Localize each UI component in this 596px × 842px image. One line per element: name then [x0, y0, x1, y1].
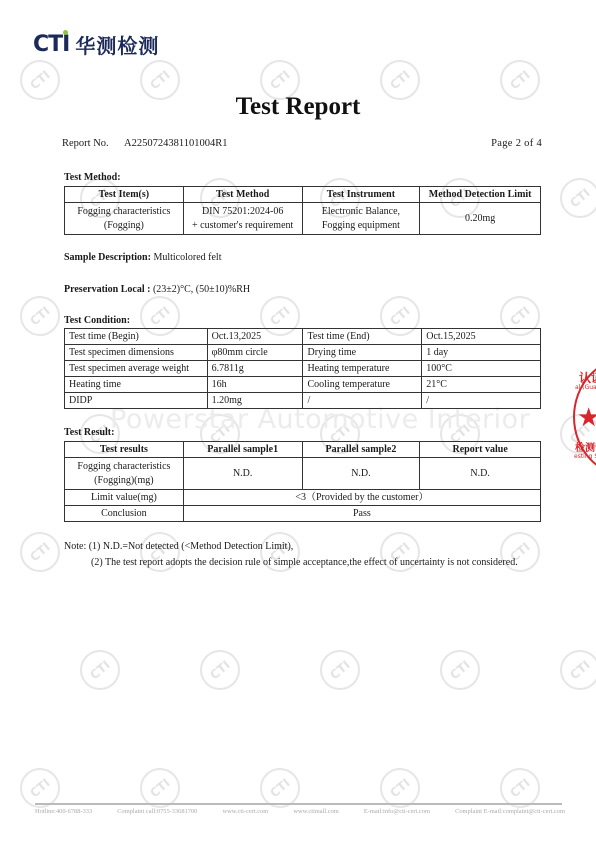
limit-value-cell: <3（Provided by the customer）	[183, 490, 540, 506]
condition-label-cell: DIDP	[65, 393, 208, 409]
table-row: Test specimen average weight6.7811gHeati…	[65, 361, 541, 377]
watermark-logo-icon: CTI	[12, 524, 68, 580]
column-header: Test Instrument	[302, 187, 420, 203]
test-method-table: Test Item(s) Test Method Test Instrument…	[64, 186, 541, 235]
condition-label-cell: Test time (Begin)	[65, 329, 208, 345]
notes: Note: (1) N.D.=Not detected (<Method Det…	[64, 539, 518, 571]
condition-value-cell: 6.7811g	[207, 361, 303, 377]
condition-value-cell: 100°C	[422, 361, 541, 377]
conclusion-label-cell: Conclusion	[65, 506, 184, 522]
sample-description-value: Multicolored felt	[153, 252, 221, 263]
report-value-cell: N.D.	[420, 458, 541, 490]
condition-value-cell: 16h	[207, 377, 303, 393]
footer-complaint-email[interactable]: Complaint E-mail:complaint@cti-cert.com	[455, 808, 565, 815]
footer-hotline: Hotline:400-6788-333	[35, 808, 92, 815]
condition-value-cell: Oct.13,2025	[207, 329, 303, 345]
footer: Hotline:400-6788-333 Complaint call:0755…	[35, 808, 565, 815]
footer-divider	[35, 803, 562, 805]
preservation-value: (23±2)°C, (50±10)%RH	[153, 284, 250, 295]
table-row: Conclusion Pass	[65, 506, 541, 522]
test-method-cell: DIN 75201:2024-06+ customer's requiremen…	[183, 203, 302, 235]
test-item-cell: Fogging characteristics(Fogging)	[65, 203, 184, 235]
condition-value-cell: 1.20mg	[207, 393, 303, 409]
table-row: Heating time16hCooling temperature21°C	[65, 377, 541, 393]
condition-label-cell: Test specimen dimensions	[65, 345, 208, 361]
official-seal: 认证 al (Gua ★ 检测专用 esting Se	[573, 357, 596, 477]
column-header: Parallel sample2	[302, 442, 420, 458]
test-result-table: Test results Parallel sample1 Parallel s…	[64, 441, 541, 522]
column-header: Test Method	[183, 187, 302, 203]
test-method-title: Test Method:	[64, 172, 121, 183]
note-line-2: (2) The test report adopts the decision …	[64, 555, 518, 571]
footer-complaint-call: Complaint call:0755-33681700	[117, 808, 197, 815]
column-header: Method Detection Limit	[420, 187, 541, 203]
test-result-title: Test Result:	[64, 427, 114, 438]
page-indicator: Page 2 of 4	[491, 138, 542, 149]
company-logo: CTI 华测检测	[33, 30, 159, 59]
test-condition-table: Test time (Begin)Oct.13,2025Test time (E…	[64, 328, 541, 409]
condition-value-cell: 21°C	[422, 377, 541, 393]
condition-label-cell: Heating temperature	[303, 361, 422, 377]
table-row: Test specimen dimensionsφ80mm circleDryi…	[65, 345, 541, 361]
condition-label-cell: Drying time	[303, 345, 422, 361]
table-header-row: Test Item(s) Test Method Test Instrument…	[65, 187, 541, 203]
seal-text-bottom: 检测专用	[575, 439, 596, 454]
table-row: Fogging characteristics(Fogging)(mg) N.D…	[65, 458, 541, 490]
watermark-logo-icon: CTI	[432, 642, 488, 698]
footer-email[interactable]: E-mail:info@cti-cert.com	[364, 808, 430, 815]
seal-text-top-en: al (Gua	[575, 384, 596, 391]
column-header: Test results	[65, 442, 184, 458]
preservation-label: Preservation Local :	[64, 284, 150, 295]
report-number-line: Report No. A2250724381101004R1 Page 2 of…	[62, 138, 542, 149]
table-row: Test time (Begin)Oct.13,2025Test time (E…	[65, 329, 541, 345]
condition-value-cell: 1 day	[422, 345, 541, 361]
table-row: Limit value(mg) <3（Provided by the custo…	[65, 490, 541, 506]
seal-text-bottom-en: esting Se	[574, 453, 596, 460]
condition-value-cell: φ80mm circle	[207, 345, 303, 361]
star-icon: ★	[577, 405, 596, 431]
column-header: Parallel sample1	[183, 442, 302, 458]
condition-value-cell: Oct.15,2025	[422, 329, 541, 345]
limit-label-cell: Limit value(mg)	[65, 490, 184, 506]
watermark-logo-icon: CTI	[72, 642, 128, 698]
condition-label-cell: Heating time	[65, 377, 208, 393]
column-header: Test Item(s)	[65, 187, 184, 203]
sample-description: Sample Description: Multicolored felt	[64, 252, 222, 263]
footer-website-1[interactable]: www.cti-cert.com	[223, 808, 269, 815]
watermark-logo-icon: CTI	[552, 170, 596, 226]
watermark-logo-icon: CTI	[192, 642, 248, 698]
column-header: Report value	[420, 442, 541, 458]
condition-label-cell: Cooling temperature	[303, 377, 422, 393]
table-header-row: Test results Parallel sample1 Parallel s…	[65, 442, 541, 458]
table-row: DIDP1.20mg//	[65, 393, 541, 409]
sample-description-label: Sample Description:	[64, 252, 151, 263]
fogging-label-cell: Fogging characteristics(Fogging)(mg)	[65, 458, 184, 490]
logo-latin: CTI	[33, 32, 69, 57]
footer-website-2[interactable]: www.ctimall.com	[293, 808, 338, 815]
logo-chinese: 华测检测	[75, 30, 159, 59]
test-instrument-cell: Electronic Balance,Fogging equipment	[302, 203, 420, 235]
report-no-label: Report No.	[62, 138, 124, 149]
report-no-value: A2250724381101004R1	[124, 138, 227, 149]
sample2-cell: N.D.	[302, 458, 420, 490]
condition-label-cell: Test time (End)	[303, 329, 422, 345]
condition-value-cell: /	[422, 393, 541, 409]
preservation-condition: Preservation Local : (23±2)°C, (50±10)%R…	[64, 284, 250, 295]
sample1-cell: N.D.	[183, 458, 302, 490]
watermark-logo-icon: CTI	[12, 288, 68, 344]
detection-limit-cell: 0.20mg	[420, 203, 541, 235]
note-line-1: Note: (1) N.D.=Not detected (<Method Det…	[64, 539, 518, 555]
watermark-logo-icon: CTI	[552, 642, 596, 698]
conclusion-value-cell: Pass	[183, 506, 540, 522]
test-condition-title: Test Condition:	[64, 315, 130, 326]
condition-label-cell: /	[303, 393, 422, 409]
watermark-logo-icon: CTI	[312, 642, 368, 698]
table-row: Fogging characteristics(Fogging) DIN 752…	[65, 203, 541, 235]
condition-label-cell: Test specimen average weight	[65, 361, 208, 377]
page-title: Test Report	[0, 93, 596, 121]
